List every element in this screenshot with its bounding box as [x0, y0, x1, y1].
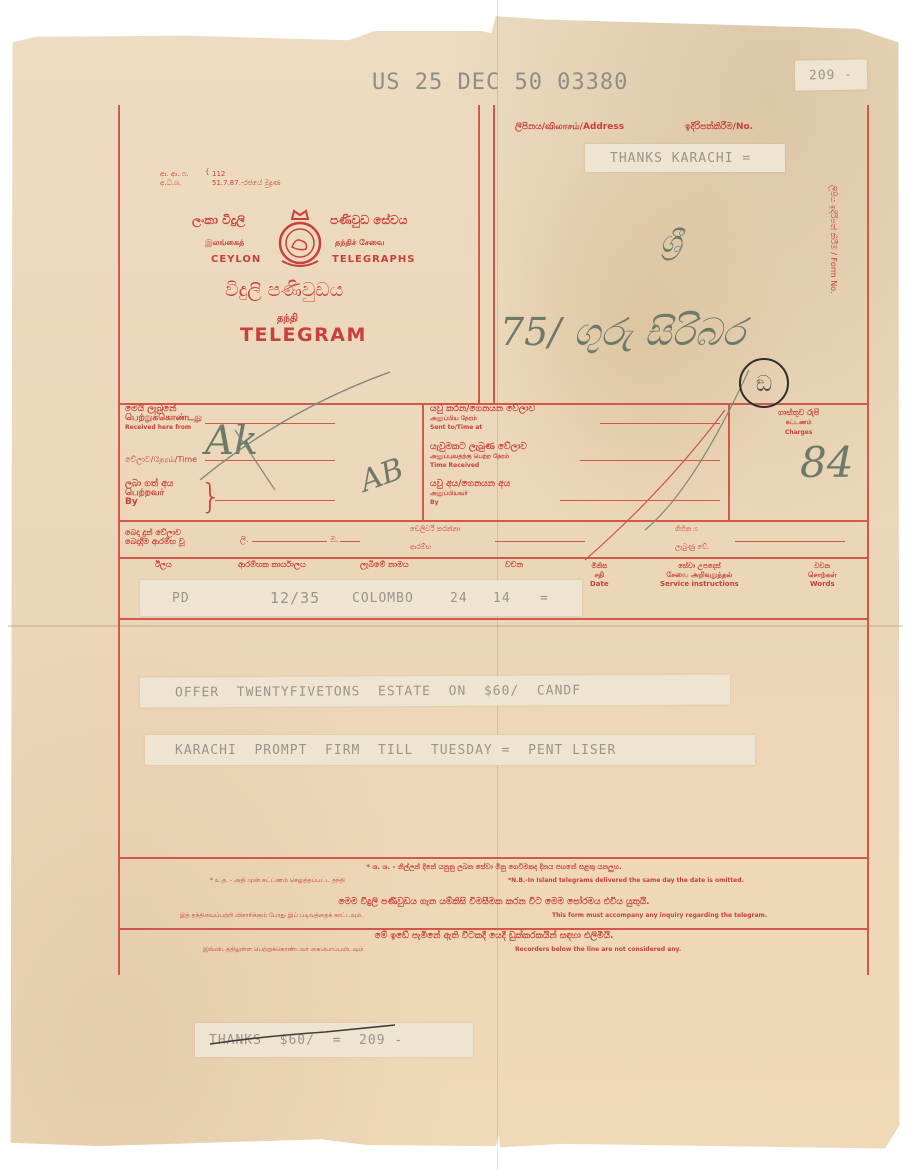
preamble-words: 24	[450, 591, 468, 606]
delivery-label: බෙදා දුන් වේලාව බෙදාදීම ආරම්භ වූ	[125, 528, 185, 546]
org-tamil-left: இலங்கைத்	[205, 237, 244, 248]
footer-note-2: * உ.த. - அதி முன் கட்டணம் செலுத்தப்பட்ட …	[210, 876, 345, 885]
field-by-brace: }	[200, 480, 222, 514]
frame-mid-line-2	[493, 105, 495, 405]
column-office-origin: ආරම්භක කාර්යාලය	[238, 560, 306, 569]
field-sent-label: යවු කරන/ගෙනයන වේලාව அனுப்பிய நேரம் Sent …	[430, 405, 535, 432]
paper-horizontal-fold	[8, 625, 903, 627]
delivery-right-label: ගිහින ෆ ලැබුණු වේ.	[675, 525, 709, 552]
preamble-date: 14	[493, 591, 511, 606]
top-right-tape-text: 209 -	[809, 67, 853, 83]
address-label: ලිපිනය/விலாசம்/Address	[515, 122, 624, 133]
handwritten-note-1: ශ්‍රී	[660, 225, 681, 260]
address-tape: THANKS KARACHI =	[585, 144, 785, 172]
title-tamil: தந்தி	[277, 313, 298, 324]
org-english-right: TELEGRAPHS	[332, 254, 415, 265]
title-english: TELEGRAM	[240, 330, 367, 341]
column-date: මිනිස சதி Date	[590, 562, 609, 589]
form-number: 112 51.7.87.-රජයේ මුද්‍රණ	[212, 170, 280, 188]
charges-label: ගාස්තුව රුපි கட்டணம் Charges	[778, 408, 819, 437]
field-by-label: ලබා ගත් අය பெற்றவர் By	[125, 480, 173, 507]
frame-h-line-5	[118, 857, 868, 859]
footer-note-3-ta: இத் தந்தியைப்பற்றி விசாரிக்கும் போது இப்…	[180, 911, 363, 920]
footer-note-4-en: Recorders below the line are not conside…	[515, 945, 681, 954]
frame-left-line	[118, 105, 120, 975]
strike-through-mark	[205, 1022, 405, 1052]
delivery-right-line[interactable]	[735, 541, 845, 542]
field-time-received-line[interactable]	[580, 460, 720, 461]
column-words-right: වචන சொற்கள் Words	[808, 562, 837, 589]
footer-note-4: මේ ඉඩේ පැමිනේ ඇති විටකදී යෙදී ඩුක්කරකයින…	[0, 932, 910, 941]
delivery-mid-label: ඩෙලිවරි කරන්නා ආරම්භ	[410, 525, 460, 552]
org-english-left: CEYLON	[211, 254, 261, 265]
org-tamil-right: தந்திச் சேவை	[335, 237, 384, 248]
top-right-tape: 209 -	[795, 59, 868, 90]
date-stamp: US 25 DEC 50 03380	[372, 70, 628, 95]
title-sinhala: විදුලි පණිවුඩය	[225, 285, 343, 296]
form-number-label: ආ. ආ. ෆ.අ.ධ.ශ.	[160, 170, 189, 188]
frame-right-line	[867, 105, 869, 975]
field-sent-by-label: යවු අය/ගෙනයන අය அனுப்பியவர் By	[430, 480, 510, 507]
org-sinhala-left: ලංකා විදුලි	[192, 215, 245, 226]
field-sent-by-line[interactable]	[560, 500, 720, 501]
svg-text:ඞ: ඞ	[756, 372, 772, 397]
column-prefix: ඊලය	[155, 560, 172, 569]
address-number-label: ඉදිරිපත්කිරීම/No.	[685, 122, 753, 133]
handwritten-note-2: 75/ ගුරු සිරිබර	[500, 310, 745, 355]
vertical-side-note: ලිපිය ඉදිරිපත් කිරීම / Form No.	[829, 185, 838, 294]
footer-note-4-ta: இவ்விடத்திலுள்ள பெற்றுக்கொண்டவர் கையொப்ப…	[203, 945, 363, 954]
preamble-prefix: PD	[172, 591, 190, 606]
field-time-label: වේලාව/நேரம்/Time	[125, 455, 197, 464]
frame-h-line-4	[118, 618, 868, 620]
field-received-from-label: මෙයි ලැබුනේ பெற்றுக்கொண்டது Received her…	[125, 405, 202, 432]
circled-stamp-mark-icon: ඞ	[736, 355, 792, 411]
message-tape-2: KARACHI PROMPT FIRM TILL TUESDAY = PENT …	[145, 735, 755, 765]
preamble-end: =	[540, 591, 549, 606]
footer-note-1: * ශ. ශ. - නිල්ලන් දිනේ යනුනු ලබන සේවා මි…	[0, 863, 910, 872]
form-number-bracket: {	[205, 168, 209, 177]
delivery-field-mid: ඔ.	[330, 535, 338, 544]
footer-note-3-en: This form must accompany any inquiry reg…	[552, 911, 767, 920]
column-service-instructions: සේවා උපදෙස් சேவை அறிவுறுத்தல் Service in…	[660, 562, 739, 589]
frame-h-line-6	[118, 928, 868, 930]
field-sent-line[interactable]	[600, 423, 720, 424]
preamble-tape: PD 12/35 COLOMBO 24 14 =	[140, 580, 582, 616]
message-line-2: KARACHI PROMPT FIRM TILL TUESDAY = PENT …	[175, 743, 616, 758]
field-by-line[interactable]	[215, 500, 335, 501]
field-received-from-line[interactable]	[205, 423, 335, 424]
footer-note-3: මෙම විදුලි පණිවුඩය ගැන යම්කිසි විමසීමක ක…	[0, 898, 910, 907]
column-words: වචන	[505, 560, 523, 569]
field-time-received-label: යැවුමකට ලැබුණ වේලාව அனுப்புவதற்கு பெற்ற …	[430, 443, 527, 470]
footer-note-2-en: *N.B.-In Island telegrams delivered the …	[508, 876, 744, 885]
field-time-line[interactable]	[205, 460, 335, 461]
column-handed-in: ලැබීමේ නාමය	[360, 560, 409, 569]
delivery-field-line-2[interactable]	[340, 541, 360, 542]
delivery-field-line-1[interactable]	[252, 541, 327, 542]
address-value: THANKS KARACHI =	[610, 151, 751, 166]
delivery-mid-line[interactable]	[495, 541, 585, 542]
crest-emblem-icon	[272, 205, 328, 275]
frame-mid-line-1	[478, 105, 480, 405]
message-line-1: OFFER TWENTYFIVETONS ESTATE ON $60/ CAND…	[175, 683, 581, 700]
org-sinhala-right: පණිවුඩ සේවය	[330, 215, 407, 226]
message-tape-1: OFFER TWENTYFIVETONS ESTATE ON $60/ CAND…	[140, 674, 730, 707]
preamble-office: 12/35	[270, 589, 320, 607]
preamble-origin: COLOMBO	[352, 591, 414, 606]
delivery-field-prefix: ලි.	[240, 535, 249, 544]
